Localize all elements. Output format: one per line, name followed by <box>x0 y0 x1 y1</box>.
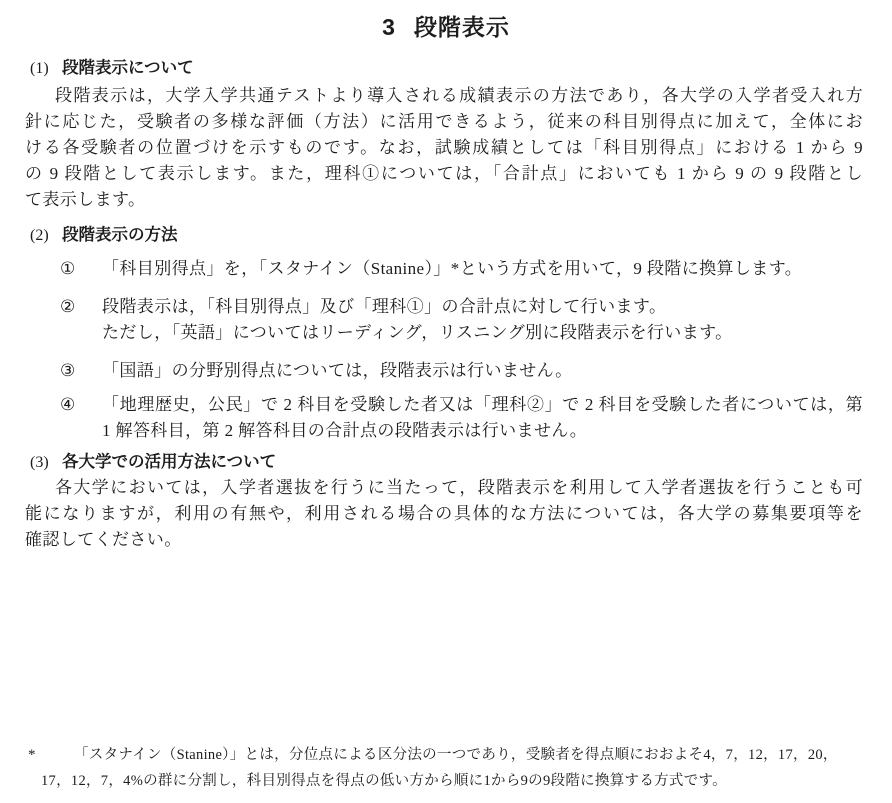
section-3-title: 各大学での活用方法について <box>62 450 276 474</box>
paragraph-line: 段階表示は，「科目別得点」及び「理科①」の合計点に対して行います。 <box>102 294 863 320</box>
footnote-line-2: 17，12，7，4%の群に分割し，科目別得点を得点の低い方から順に1から9の9段… <box>0 768 863 794</box>
paragraph-line: 「国語」の分野別得点については，段階表示は行いません。 <box>102 358 863 384</box>
footnote: * 「スタナイン（Stanine）」とは，分位点による区分法の一つであり，受験者… <box>0 742 892 794</box>
paragraph-line: ただし，「英語」についてはリーディング，リスニング別に段階表示を行います。 <box>102 320 863 346</box>
footnote-text: 「スタナイン（Stanine）」とは，分位点による区分法の一つであり，受験者を得… <box>74 742 838 768</box>
circled-number-2: ② <box>60 294 102 346</box>
paragraph-line: 針に応じた，受験者の多様な評価（方法）に活用できるよう，従来の科目別得点に加えて… <box>25 109 863 135</box>
paragraph-line: の 9 段階として表示します。また，理科①については，「合計点」においても 1 … <box>25 161 863 187</box>
paragraph-line: て表示します。 <box>25 187 863 213</box>
section-1-heading: (1) 段階表示について <box>25 56 863 81</box>
list-item-4: ④ 「地理歴史，公民」で 2 科目を受験した者又は「理科②」で 2 科目を受験し… <box>60 392 863 444</box>
list-item-2: ② 段階表示は，「科目別得点」及び「理科①」の合計点に対して行います。 ただし，… <box>60 294 863 346</box>
asterisk-marker: * <box>28 742 74 768</box>
paragraph-line: 1 解答科目，第 2 解答科目の合計点の段階表示は行いません。 <box>102 418 863 444</box>
section-1-number: (1) <box>25 57 62 81</box>
section-1-paragraph: 段階表示は，大学入学共通テストより導入される成績表示の方法であり，各大学の入学者… <box>25 83 863 213</box>
list-item-text: 「科目別得点」を，「スタナイン（Stanine）」*という方式を用いて，9 段階… <box>102 256 863 282</box>
title-number: 3 <box>382 14 396 40</box>
section-1-title: 段階表示について <box>62 56 194 80</box>
document-page: 3段階表示 (1) 段階表示について 段階表示は，大学入学共通テストより導入され… <box>0 0 892 803</box>
list-item-text: 段階表示は，「科目別得点」及び「理科①」の合計点に対して行います。 ただし，「英… <box>102 294 863 346</box>
list-item-3: ③ 「国語」の分野別得点については，段階表示は行いません。 <box>60 358 863 384</box>
list-item-1: ① 「科目別得点」を，「スタナイン（Stanine）」*という方式を用いて，9 … <box>60 256 863 282</box>
circled-number-3: ③ <box>60 358 102 384</box>
paragraph-line: 段階表示は，大学入学共通テストより導入される成績表示の方法であり，各大学の入学者… <box>25 83 863 109</box>
paragraph-line: ける各受験者の位置づけを示すものです。なお，試験成績としては「科目別得点」におけ… <box>25 135 863 161</box>
list-item-text: 「国語」の分野別得点については，段階表示は行いません。 <box>102 358 863 384</box>
section-3-heading: (3) 各大学での活用方法について <box>25 450 863 475</box>
title-text: 段階表示 <box>414 14 510 40</box>
paragraph-line: 能になりますが，利用の有無や，利用される場合の具体的な方法については，各大学の募… <box>25 501 863 527</box>
paragraph-line: 確認してください。 <box>25 527 863 553</box>
paragraph-line: 「科目別得点」を，「スタナイン（Stanine）」*という方式を用いて，9 段階… <box>102 256 863 282</box>
document-body: (1) 段階表示について 段階表示は，大学入学共通テストより導入される成績表示の… <box>0 56 892 553</box>
section-3-paragraph: 各大学においては，入学者選抜を行うに当たって，段階表示を利用して入学者選抜を行う… <box>25 475 863 553</box>
list-item-text: 「地理歴史，公民」で 2 科目を受験した者又は「理科②」で 2 科目を受験した者… <box>102 392 863 444</box>
paragraph-line: 各大学においては，入学者選抜を行うに当たって，段階表示を利用して入学者選抜を行う… <box>25 475 863 501</box>
footnote-line-1: * 「スタナイン（Stanine）」とは，分位点による区分法の一つであり，受験者… <box>0 742 863 768</box>
section-2-heading: (2) 段階表示の方法 <box>25 223 863 248</box>
page-title: 3段階表示 <box>0 0 892 42</box>
section-2-number: (2) <box>25 224 62 248</box>
circled-number-1: ① <box>60 256 102 282</box>
circled-number-4: ④ <box>60 392 102 444</box>
section-2-title: 段階表示の方法 <box>62 223 178 247</box>
paragraph-line: 「地理歴史，公民」で 2 科目を受験した者又は「理科②」で 2 科目を受験した者… <box>102 392 863 418</box>
section-3-number: (3) <box>25 451 62 475</box>
